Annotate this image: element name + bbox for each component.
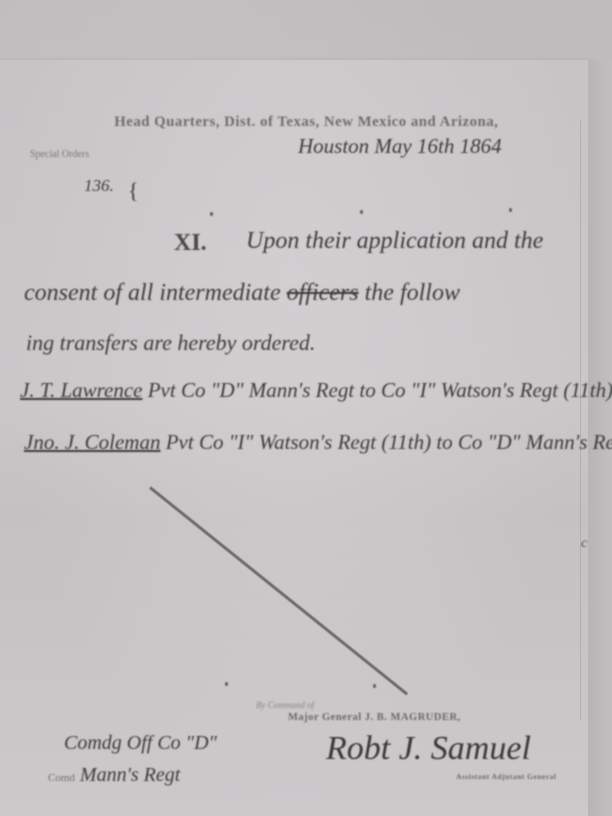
body-line-2-start: consent of all intermediate <box>24 280 287 306</box>
certification-unit: Mann's Regt <box>80 764 180 786</box>
general-name: Major General J. B. MAGRUDER, <box>288 712 461 723</box>
transfer-name: Jno. J. Coleman <box>24 430 160 454</box>
body-line-2: consent of all intermediate officers the… <box>24 280 460 307</box>
margin-bracket: { <box>128 178 139 204</box>
certification-line-2: Comd Mann's Regt <box>48 764 180 787</box>
printed-dot <box>210 212 213 216</box>
by-command-label: By Command of <box>256 700 314 710</box>
signature: Robt J. Samuel <box>326 730 531 768</box>
struck-word: officers <box>287 280 359 306</box>
printed-dot <box>373 684 376 688</box>
printed-dot <box>360 210 363 214</box>
order-number: 136. <box>84 176 114 196</box>
margin-mark: c <box>581 536 587 552</box>
certification-line-1: Comdg Off Co "D" <box>64 732 217 755</box>
transfer-text: Pvt Co "D" Mann's Regt to Co "I" Watson'… <box>148 378 612 402</box>
transfer-row: Jno. J. Coleman Pvt Co "I" Watson's Regt… <box>24 430 612 455</box>
section-number: XI. <box>174 230 207 257</box>
transfer-text: Pvt Co "I" Watson's Regt (11th) to Co "D… <box>166 430 612 454</box>
special-orders-label: Special Orders <box>30 148 89 162</box>
body-line-1: Upon their application and the <box>246 228 543 255</box>
body-line-3: ing transfers are hereby ordered. <box>26 330 315 356</box>
place-date: Houston May 16th 1864 <box>298 134 502 159</box>
paper-fold-line <box>580 120 581 720</box>
signature-title: Assistant Adjutant General <box>456 772 557 781</box>
letterhead: Head Quarters, Dist. of Texas, New Mexic… <box>114 114 498 131</box>
printed-dot <box>225 682 228 686</box>
body-line-2-end: the follow <box>359 280 460 306</box>
certification-prefix: Comd <box>48 772 75 784</box>
transfer-row: J. T. Lawrence Pvt Co "D" Mann's Regt to… <box>20 378 612 403</box>
printed-dot <box>509 208 512 212</box>
transfer-name: J. T. Lawrence <box>20 378 142 402</box>
